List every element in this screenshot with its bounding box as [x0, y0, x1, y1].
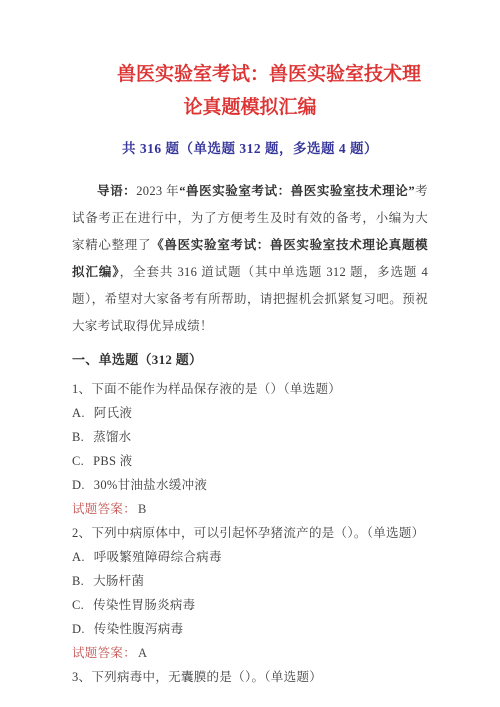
answer-line: 试题答案：B	[72, 502, 428, 517]
option-text: 大肠杆菌	[93, 574, 144, 588]
answer-label: 试题答案：	[72, 502, 136, 516]
option-text: 阿氏液	[94, 406, 132, 420]
option-text: 蒸馏水	[93, 430, 131, 444]
option-letter: B.	[72, 430, 84, 444]
question-list: 1、下面不能作为样品保存液的是（）（单选题）A.阿氏液B.蒸馏水C.PBS 液D…	[72, 382, 428, 685]
option-text: 30%甘油盐水缓冲液	[94, 478, 207, 492]
option-letter: A.	[72, 406, 85, 420]
question-option: A.阿氏液	[72, 406, 428, 421]
intro-bold-segment: 导语：	[97, 184, 136, 198]
answer-label: 试题答案：	[72, 646, 136, 660]
option-text: PBS 液	[93, 454, 132, 468]
question-option: D.30%甘油盐水缓冲液	[72, 478, 428, 493]
option-letter: B.	[72, 574, 84, 588]
option-text: 传染性腹泻病毒	[94, 622, 184, 636]
question-option: C.传染性胃肠炎病毒	[72, 598, 428, 613]
option-letter: D.	[72, 622, 85, 636]
question-option: A.呼吸繁殖障碍综合病毒	[72, 550, 428, 565]
answer-value: A	[138, 646, 147, 660]
question-stem: 1、下面不能作为样品保存液的是（）（单选题）	[72, 382, 428, 397]
option-text: 传染性胃肠炎病毒	[93, 598, 195, 612]
answer-line: 试题答案：A	[72, 646, 428, 661]
question-stem: 2、下列中病原体中，可以引起怀孕猪流产的是（）。（单选题）	[72, 526, 428, 541]
section-heading: 一、单选题（312 题）	[72, 352, 428, 368]
option-letter: C.	[72, 454, 84, 468]
option-letter: D.	[72, 478, 85, 492]
intro-text-segment: 2023 年	[136, 184, 179, 198]
intro-text-segment: ，全套共 316 道试题（其中单选题 312 题，多选题 4 题），希望对大家备…	[72, 265, 428, 333]
question-count-line: 共 316 题（单选题 312 题，多选题 4 题）	[72, 137, 428, 157]
question-option: B.大肠杆菌	[72, 574, 428, 589]
answer-value: B	[138, 502, 147, 516]
question-stem: 3、下列病毒中，无囊膜的是（）。（单选题）	[72, 670, 428, 685]
question-option: D.传染性腹泻病毒	[72, 622, 428, 637]
question-option: C.PBS 液	[72, 454, 428, 469]
option-letter: A.	[72, 550, 85, 564]
document-page: 兽医实验室考试：兽医实验室技术理论真题模拟汇编 共 316 题（单选题 312 …	[0, 0, 500, 707]
option-letter: C.	[72, 598, 84, 612]
question-option: B.蒸馏水	[72, 430, 428, 445]
intro-bold-segment: “兽医实验室考试：兽医实验室技术理论”	[179, 184, 415, 198]
document-title: 兽医实验室考试：兽医实验室技术理论真题模拟汇编	[79, 58, 421, 124]
option-text: 呼吸繁殖障碍综合病毒	[94, 550, 222, 564]
intro-paragraph: 导语：2023 年“兽医实验室考试：兽医实验室技术理论”考试备考正在进行中，为了…	[72, 178, 428, 340]
